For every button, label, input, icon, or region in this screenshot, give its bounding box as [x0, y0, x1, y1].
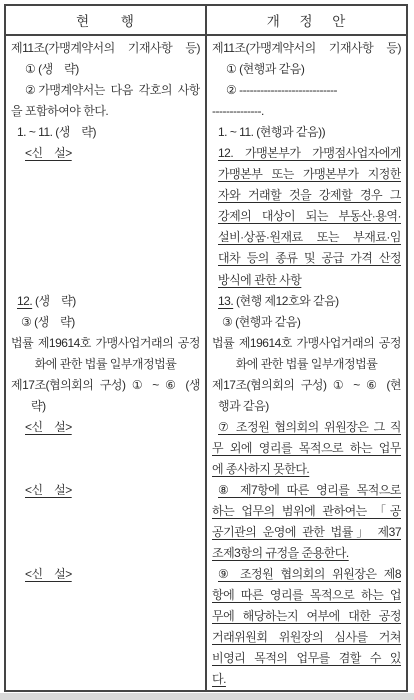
text-line: 12. 가맹본부가 가맹점사업자에게	[212, 143, 401, 164]
current-column-body: 제11조(가맹계약서의 기재사항 등)① (생 략)②가맹계약서는 다음 각호의…	[6, 36, 205, 690]
text-line: 1. ~ 11. (현행과 같음))	[212, 122, 401, 143]
empty-line	[11, 164, 200, 185]
current-column-header: 현 행	[6, 6, 205, 34]
amendment-column-header: 개 정 안	[205, 6, 406, 34]
text-line: 자와 거래할 것을 강제할 경우 그	[212, 185, 401, 206]
text-line: --------------.	[212, 101, 401, 122]
text-line: 에 종사하지 못한다.	[212, 459, 401, 480]
text-line: 13. (현행 제12호와 같음)	[212, 291, 401, 312]
text-line: ② ----------------------------	[212, 80, 401, 101]
text-line: 강제의 대상이 되는 부동산·용역·	[212, 206, 401, 227]
underlined-number: 12.	[17, 294, 32, 308]
text-line: 항에 따른 영리를 목적으로 하는 업	[212, 585, 401, 606]
empty-line	[11, 459, 200, 480]
empty-line	[11, 227, 200, 248]
text-line: <신 설>	[11, 417, 200, 438]
text-line: 제11조(가맹계약서의 기재사항 등)	[212, 38, 401, 59]
empty-line	[11, 585, 200, 606]
text-line: 을 포함하여야 한다.	[11, 101, 200, 122]
text-line: <신 설>	[11, 480, 200, 501]
amendment-column-body: 제11조(가맹계약서의 기재사항 등)① (현행과 같음)② ---------…	[205, 36, 406, 690]
current-column-header-label: 현 행	[76, 10, 135, 30]
text-line: 비영리 목적의 업무를 겸할 수 있	[212, 648, 401, 669]
text-line: 1. ~ 11. (생 략)	[11, 122, 200, 143]
text-line: 무에 해당하는지 여부에 대한 공정	[212, 606, 401, 627]
text-line: 법률 제19614호 가맹사업거래의 공정	[11, 333, 200, 354]
empty-line	[11, 522, 200, 543]
text-line: ① (현행과 같음)	[212, 59, 401, 80]
text-line: ③ (현행과 같음)	[212, 312, 401, 333]
text-line: 제17조(협의회의 구성) ① ~ ⑥ (현	[212, 375, 401, 396]
text-line: 대차 등의 종류 및 공급 가격 산정	[212, 248, 401, 269]
text-line: 화에 관한 법률 일부개정법률	[212, 354, 401, 375]
text-line: 행과 같음)	[212, 396, 401, 417]
text-line: 거래위원회 위원장의 심사를 거쳐	[212, 627, 401, 648]
text-line: 화에 관한 법률 일부개정법률	[11, 354, 200, 375]
text-line: 법률 제19614호 가맹사업거래의 공정	[212, 333, 401, 354]
empty-line	[11, 543, 200, 564]
underlined-number: 13.	[218, 294, 233, 308]
text-line: ⑧ 제7항에 따른 영리를 목적으로	[212, 480, 401, 501]
text-line: 12. (생 략)	[11, 291, 200, 312]
text-line: 방식에 관한 사항	[212, 270, 401, 291]
text-line: ③ (생 략)	[11, 312, 200, 333]
text-line: 다.	[212, 669, 401, 690]
text-line: 략)	[11, 396, 200, 417]
text-line: ⑨ 조정원 협의회의 위원장은 제8	[212, 564, 401, 585]
text-line: ① (생 략)	[11, 59, 200, 80]
empty-line	[11, 270, 200, 291]
text-line: <신 설>	[11, 143, 200, 164]
table-header-row: 현 행 개 정 안	[6, 6, 406, 36]
table-body-row: 제11조(가맹계약서의 기재사항 등)① (생 략)②가맹계약서는 다음 각호의…	[6, 36, 406, 690]
text-line: 가맹본부 또는 가맹본부가 지정한	[212, 164, 401, 185]
empty-line	[11, 248, 200, 269]
page-bottom-edge	[0, 693, 414, 700]
empty-line	[11, 648, 200, 669]
text-line: <신 설>	[11, 564, 200, 585]
text-line: 제11조(가맹계약서의 기재사항 등)	[11, 38, 200, 59]
text-line: 설비·상품·원재료 또는 부재료·임	[212, 227, 401, 248]
text-line: 하는 업무의 범위에 관하여는 「공	[212, 501, 401, 522]
empty-line	[11, 206, 200, 227]
text-line: 조제3항의 규정을 준용한다.	[212, 543, 401, 564]
empty-line	[11, 627, 200, 648]
text-line: 무 외에 영리를 목적으로 하는 업무	[212, 438, 401, 459]
empty-line	[11, 501, 200, 522]
law-comparison-table: 현 행 개 정 안 제11조(가맹계약서의 기재사항 등)① (생 략)②가맹계…	[4, 4, 408, 692]
text-line: ②가맹계약서는 다음 각호의 사항	[11, 80, 200, 101]
empty-line	[11, 185, 200, 206]
empty-line	[11, 669, 200, 690]
text-line: 제17조(협의회의 구성) ① ~ ⑥ (생	[11, 375, 200, 396]
text-line: 공기관의 운영에 관한 법률」 제37	[212, 522, 401, 543]
amendment-column-header-label: 개 정 안	[267, 10, 347, 30]
empty-line	[11, 606, 200, 627]
empty-line	[11, 438, 200, 459]
text-line: ⑦ 조정원 협의회의 위원장은 그 직	[212, 417, 401, 438]
